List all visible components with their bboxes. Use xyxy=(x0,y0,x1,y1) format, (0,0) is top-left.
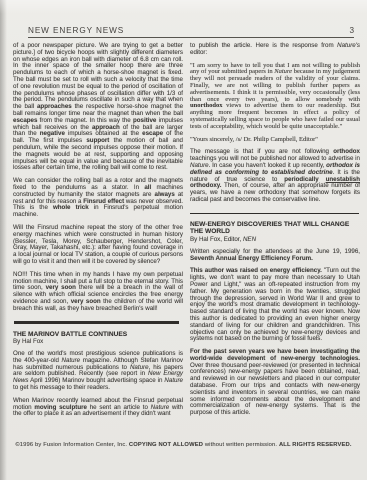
left-column: of a poor newspaper picture. We are tryi… xyxy=(13,43,183,424)
paragraph: of a poor newspaper picture. We are tryi… xyxy=(13,43,183,172)
paragraph: The message is that if you are not follo… xyxy=(190,149,360,203)
right-column: to publish the article. Here is the resp… xyxy=(190,43,360,424)
scan-top-shade xyxy=(0,0,367,14)
copyright-footer: ©1996 by Fusion Information Center, Inc.… xyxy=(0,442,367,448)
paragraph: We can consider the rolling ball as a ro… xyxy=(13,178,183,219)
text-segment: THE MARINOV BATTLE CONTINUES xyxy=(13,331,127,338)
text-segment: NEN xyxy=(243,236,256,243)
paragraph: One of the world's most prestigious scie… xyxy=(13,351,183,392)
section-divider xyxy=(190,213,359,214)
text-segment: "Yours sincerely, /s/ Dr. Philip Campbel… xyxy=(190,136,318,143)
body-columns: of a poor newspaper picture. We are tryi… xyxy=(13,43,360,424)
byline: By Hal Fox, Editor, NEN xyxy=(190,236,360,243)
page-header: NEW ENERGY NEWS 3 xyxy=(28,26,354,38)
text-segment: COPYING NOT ALLOWED xyxy=(129,442,203,448)
section-heading: NEW-ENERGY DISCOVERIES THAT WILL CHANGE … xyxy=(190,221,360,236)
scan-edge-shadow xyxy=(0,0,7,480)
section-heading: THE MARINOV BATTLE CONTINUES xyxy=(13,331,183,338)
text-segment: By Hal Fox xyxy=(13,338,43,345)
page-number: 3 xyxy=(349,26,354,35)
paragraph: "I am sorry to have to tell you that I a… xyxy=(190,63,360,131)
text-segment: ©1996 by Fusion Information Center, Inc. xyxy=(15,442,129,448)
section-divider xyxy=(14,321,179,323)
paragraph: NO!!! This time when in my hands I have … xyxy=(13,272,183,313)
paragraph: "Yours sincerely, /s/ Dr. Philip Campbel… xyxy=(190,137,360,144)
text-segment: Nature xyxy=(164,377,183,384)
text-segment: whole trick xyxy=(53,204,89,211)
paragraph: to publish the article. Here is the resp… xyxy=(190,43,360,57)
paragraph: When Marinov recently learned about the … xyxy=(13,398,183,418)
text-segment: "Turn out the lights, we don't want to p… xyxy=(190,267,360,342)
text-segment: ALL RIGHTS RESERVED. xyxy=(279,442,352,448)
text-segment: Nature's xyxy=(337,42,360,49)
text-segment: For the past seven years we have been in… xyxy=(190,348,360,362)
text-segment: of a poor newspaper picture. We are tryi… xyxy=(13,42,183,110)
byline: By Hal Fox xyxy=(13,338,183,345)
text-segment: Over three thousand peer-reviewed (or pr… xyxy=(190,362,360,417)
text-segment: Seventh Annual Energy Efficiency Forum. xyxy=(190,255,313,262)
text-segment: to get his message to their readers. xyxy=(13,384,110,391)
text-segment: to publish the article. Here is the resp… xyxy=(190,42,337,49)
paragraph: This author was raised on energy efficie… xyxy=(190,268,360,343)
text-segment: Will the Finsrud machine repeat the stor… xyxy=(13,224,183,265)
text-segment: editor: xyxy=(190,49,207,56)
text-segment: without written permission. xyxy=(203,442,279,448)
paragraph: For the past seven years we have been in… xyxy=(190,349,360,417)
text-segment: NEW-ENERGY DISCOVERIES THAT WILL CHANGE … xyxy=(190,221,349,235)
paragraph: Written especially for the attendees at … xyxy=(190,249,360,263)
paragraph: Will the Finsrud machine repeat the stor… xyxy=(13,225,183,266)
text-segment: By Hal Fox, Editor, xyxy=(190,236,243,243)
newsletter-title: NEW ENERGY NEWS xyxy=(28,26,124,35)
